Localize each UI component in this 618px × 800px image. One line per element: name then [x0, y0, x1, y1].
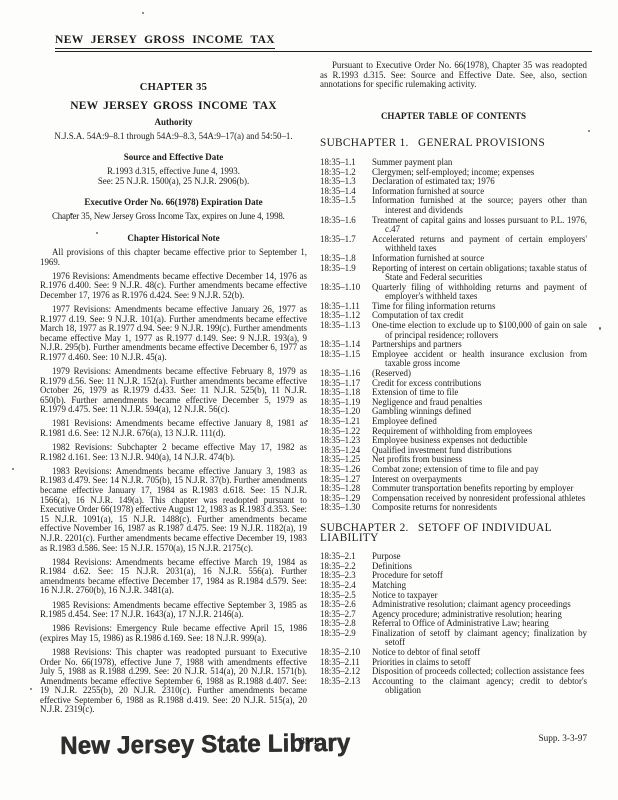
- toc-entry: 18:35–1.20 Gambling winnings defined: [320, 407, 587, 417]
- history-paragraphs: All provisions of this chapter became ef…: [40, 248, 307, 715]
- subchapter-2-heading: SUBCHAPTER 2. SETOFF OF INDIVIDUAL LIABI…: [320, 524, 587, 543]
- toc-entry: 18:35–1.7 Accelerated returns and paymen…: [320, 235, 587, 254]
- toc-entry-title: Finalization of setoff by claimant agenc…: [366, 629, 587, 648]
- history-paragraph: 1984 Revisions: Amendments became effect…: [40, 558, 307, 596]
- toc-entry-ref: 18:35–2.13: [320, 677, 366, 687]
- toc-entry-ref: 18:35–1.7: [320, 235, 366, 245]
- toc-entry: 18:35–1.13 One-time election to exclude …: [320, 321, 587, 340]
- toc-entry: 18:35–2.2 Definitions: [320, 562, 587, 572]
- authority-text: N.J.S.A. 54A:9–8.1 through 54A:9–8.3, 54…: [40, 132, 307, 142]
- scan-artifact: [599, 327, 601, 330]
- scan-artifact: [142, 12, 144, 14]
- toc-entry: 18:35–2.4 Matching: [320, 581, 587, 591]
- toc-entry-ref: 18:35–1.6: [320, 216, 366, 226]
- toc-entry-title: Treatment of capital gains and losses pu…: [366, 216, 587, 235]
- toc-entry-ref: 18:35–2.9: [320, 629, 366, 639]
- toc-entry-title: Reporting of interest on certain obligat…: [366, 264, 587, 283]
- executive-order-text: Chapter 35, New Jersey Gross Income Tax,…: [40, 212, 307, 222]
- supplement-date: Supp. 3-3-97: [538, 734, 587, 744]
- running-header: NEW JERSEY GROSS INCOME TAX: [55, 30, 592, 52]
- chapter-number: CHAPTER 35: [40, 83, 307, 93]
- toc-entry: 18:35–1.5 Information furnished at the s…: [320, 196, 587, 215]
- history-paragraph: 1979 Revisions: Amendments became effect…: [40, 367, 307, 415]
- toc-entry-ref: 18:35–1.13: [320, 321, 366, 331]
- executive-order-heading: Executive Order No. 66(1978) Expiration …: [40, 198, 307, 208]
- scan-artifact: [12, 468, 14, 470]
- toc-entry-title: Composite returns for nonresidents: [366, 503, 587, 513]
- toc-entry: 18:35–2.1 Purpose: [320, 552, 587, 562]
- toc-entry: 18:35–2.9 Finalization of setoff by clai…: [320, 629, 587, 648]
- two-column-body: CHAPTER 35 NEW JERSEY GROSS INCOME TAX A…: [40, 61, 587, 729]
- toc-entry-title: One-time election to exclude up to $100,…: [366, 321, 587, 340]
- chapter-title: NEW JERSEY GROSS INCOME TAX: [40, 102, 307, 112]
- toc-entry: 18:35–2.13 Accounting to the claimant ag…: [320, 677, 587, 696]
- scan-artifact: [30, 688, 32, 690]
- toc-entry: 18:35–1.15 Employee accident or health i…: [320, 350, 587, 369]
- toc-entry: 18:35–1.30 Composite returns for nonresi…: [320, 503, 587, 513]
- toc-entry-ref: 18:35–1.15: [320, 350, 366, 360]
- running-header-title: NEW JERSEY GROSS INCOME TAX: [55, 34, 275, 49]
- source-heading: Source and Effective Date: [40, 153, 307, 163]
- toc-heading: CHAPTER TABLE OF CONTENTS: [320, 112, 587, 122]
- page-number: 35-1: [0, 737, 618, 747]
- subchapter-2-toc: 18:35–2.1 Purpose 18:35–2.2 Definitions …: [320, 552, 587, 696]
- history-paragraph: 1977 Revisions: Amendments became effect…: [40, 305, 307, 363]
- toc-entry-title: Quarterly filing of withholding returns …: [366, 283, 587, 302]
- toc-entry: 18:35–1.9 Reporting of interest on certa…: [320, 264, 587, 283]
- subchapter-1-heading: SUBCHAPTER 1. GENERAL PROVISIONS: [320, 139, 587, 149]
- history-paragraph: All provisions of this chapter became ef…: [40, 248, 307, 267]
- toc-entry-title: Accelerated returns and payment of certa…: [366, 235, 587, 254]
- toc-entry-ref: 18:35–1.9: [320, 264, 366, 274]
- page-footer: New Jersey State Library 35-1 Supp. 3-3-…: [0, 725, 618, 800]
- readoption-note: Pursuant to Executive Order No. 66(1978)…: [320, 61, 587, 90]
- right-column: Pursuant to Executive Order No. 66(1978)…: [320, 61, 587, 729]
- history-paragraph: 1976 Revisions: Amendments became effect…: [40, 272, 307, 301]
- history-paragraph: 1985 Revisions: Amendments became effect…: [40, 601, 307, 620]
- toc-entry-title: Accounting to the claimant agency; credi…: [366, 677, 587, 696]
- history-paragraph: 1981 Revisions: Amendments became effect…: [40, 419, 307, 438]
- toc-entry-ref: 18:35–1.30: [320, 503, 366, 513]
- document-page: NEW JERSEY GROSS INCOME TAX CHAPTER 35 N…: [0, 0, 618, 800]
- history-paragraph: 1983 Revisions: Amendments became effect…: [40, 467, 307, 553]
- history-paragraph: 1988 Revisions: This chapter was readopt…: [40, 648, 307, 715]
- authority-heading: Authority: [40, 118, 307, 128]
- history-paragraph: 1982 Revisions: Subchapter 2 became effe…: [40, 443, 307, 462]
- toc-entry: 18:35–1.6 Treatment of capital gains and…: [320, 216, 587, 235]
- scan-artifact: [588, 130, 590, 132]
- toc-entry: 18:35–2.3 Procedure for setoff: [320, 571, 587, 581]
- history-paragraph: 1986 Revisions: Emergency Rule became ef…: [40, 624, 307, 643]
- historical-note-heading: Chapter Historical Note: [40, 234, 307, 244]
- toc-entry: 18:35–1.10 Quarterly filing of withholdi…: [320, 283, 587, 302]
- left-column: CHAPTER 35 NEW JERSEY GROSS INCOME TAX A…: [40, 61, 307, 729]
- subchapter-1-toc: 18:35–1.1 Summer payment plan 18:35–1.2 …: [320, 158, 587, 513]
- toc-entry-title: Information furnished at the source; pay…: [366, 196, 587, 215]
- source-line-2: See: 25 N.J.R. 1500(a), 25 N.J.R. 2906(b…: [40, 177, 307, 187]
- toc-entry-ref: 18:35–1.5: [320, 196, 366, 206]
- toc-entry-ref: 18:35–1.10: [320, 283, 366, 293]
- toc-entry-title: Employee accident or health insurance ex…: [366, 350, 587, 369]
